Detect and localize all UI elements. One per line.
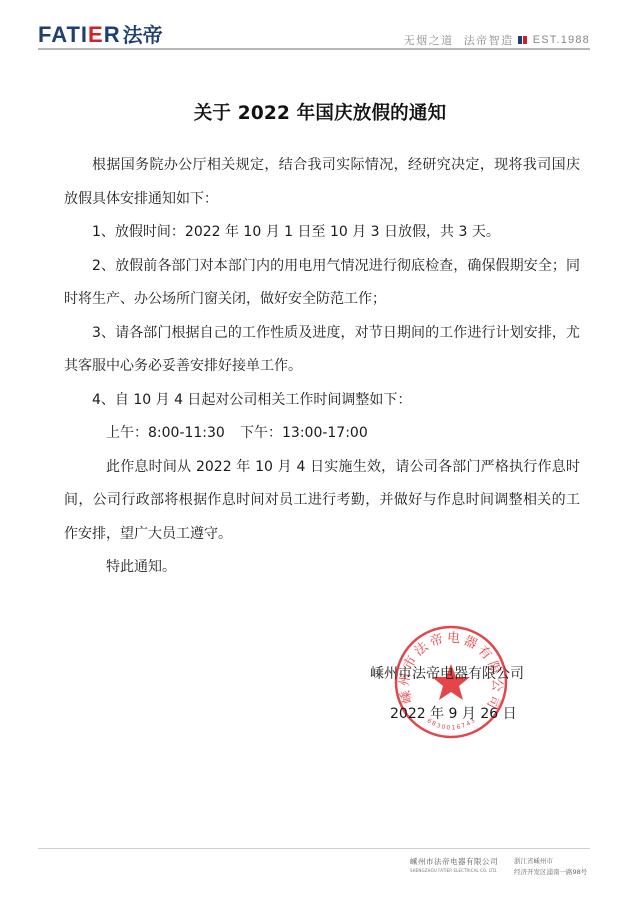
footer-company-en: SHENGZHOU FATIER ELECTRICAL CO. LTD. xyxy=(410,868,498,873)
item-4: 4、自 10 月 4 日起对公司相关工作时间调整如下： xyxy=(64,384,580,418)
letterhead: FATIER 法帝 无烟之道 法帝智造 EST.1988 xyxy=(38,22,590,50)
item-3: 3、请各部门根据自己的工作性质及进度，对节日期间的工作进行计划安排，尤其客服中心… xyxy=(64,317,580,384)
intro-paragraph: 根据国务院办公厅相关规定，结合我司实际情况，经研究决定，现将我司国庆放假具体安排… xyxy=(64,149,580,216)
work-schedule: 上午：8:00-11:30 下午：13:00-17:00 xyxy=(64,417,580,451)
document-body: 根据国务院办公厅相关规定，结合我司实际情况，经研究决定，现将我司国庆放假具体安排… xyxy=(64,149,580,585)
signature-date: 2022 年 9 月 26 日 xyxy=(390,703,517,723)
french-flag-icon xyxy=(518,36,527,44)
fatier-logo: FATIER 法帝 xyxy=(38,24,163,46)
slogan-part-1: 无烟之道 xyxy=(404,32,454,48)
slogan: 无烟之道 法帝智造 EST.1988 xyxy=(404,32,590,48)
header-divider xyxy=(38,48,590,50)
logo-wordmark: FATIER xyxy=(38,24,121,46)
closing-remark: 特此通知。 xyxy=(64,551,580,585)
afternoon-hours: 下午：13:00-17:00 xyxy=(240,417,368,451)
logo-chinese-name: 法帝 xyxy=(123,24,163,46)
morning-hours: 上午：8:00-11:30 xyxy=(106,417,240,451)
slogan-part-2: 法帝智造 xyxy=(464,32,514,48)
footer-divider xyxy=(38,848,590,849)
footer-address-line-1: 浙江省嵊州市 xyxy=(514,856,553,865)
signature-company: 嵊州市法帝电器有限公司 xyxy=(370,663,524,683)
effective-note: 此作息时间从 2022 年 10 月 4 日实施生效，请公司各部门严格执行作息时… xyxy=(64,451,580,552)
item-2: 2、放假前各部门对本部门内的用电用气情况进行彻底检查，确保假期安全；同时将生产、… xyxy=(64,250,580,317)
letterhead-footer: 嵊州市法帝电器有限公司 SHENGZHOU FATIER ELECTRICAL … xyxy=(410,856,610,880)
footer-company-cn: 嵊州市法帝电器有限公司 xyxy=(410,856,498,867)
established-year: EST.1988 xyxy=(533,34,590,46)
footer-address-line-2: 经济开发区浦南一路98号 xyxy=(514,867,587,876)
document-title: 关于 2022 年国庆放假的通知 xyxy=(0,99,640,125)
item-1: 1、放假时间：2022 年 10 月 1 日至 10 月 3 日放假，共 3 天… xyxy=(64,216,580,250)
